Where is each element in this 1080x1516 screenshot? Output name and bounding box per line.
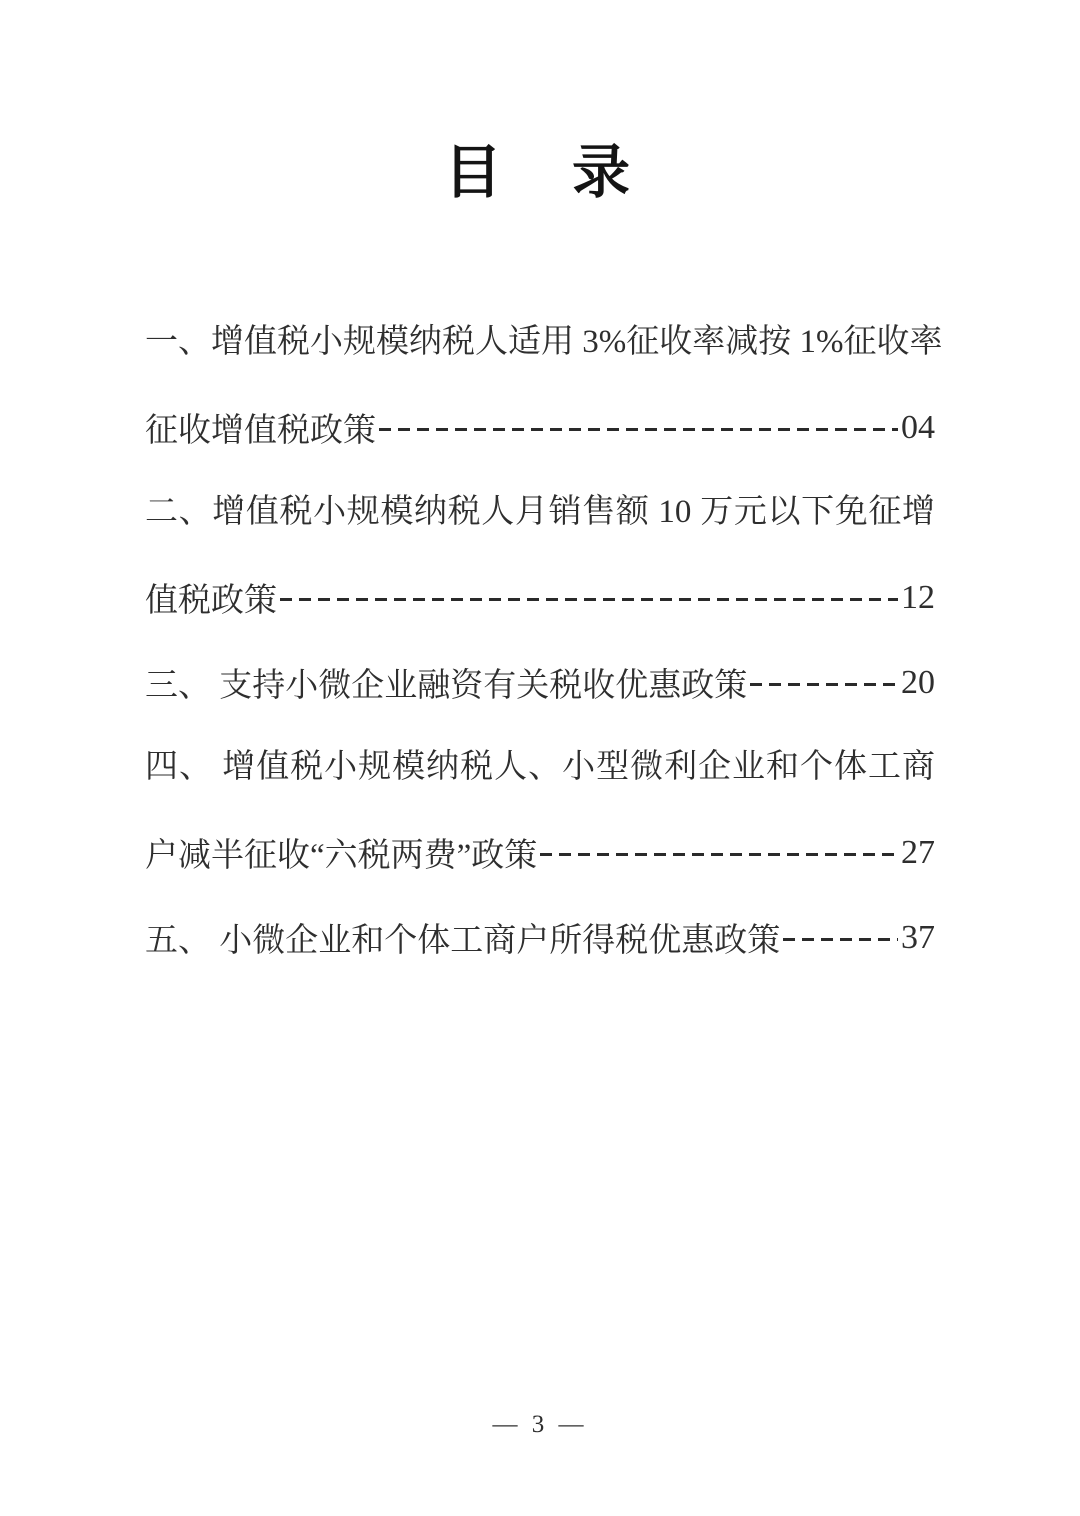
toc-entry-text: 五、 小微企业和个体工商户所得税优惠政策 — [145, 914, 780, 961]
toc-entry-2-line-2: 值税政策 12 — [145, 555, 935, 640]
toc-entry-4-line-2: 户减半征收“六税两费”政策 27 — [145, 810, 935, 895]
dotted-leader — [280, 598, 898, 601]
dotted-leader — [783, 938, 898, 941]
toc-page-number: 12 — [901, 579, 935, 617]
toc-entry-text: 值税政策 — [145, 574, 277, 621]
toc-entry-4-line-1: 四、 增值税小规模纳税人、小型微利企业和个体工商 — [145, 725, 935, 810]
page-title: 目 录 — [0, 130, 1080, 215]
dotted-leader — [540, 853, 898, 856]
dotted-leader — [750, 683, 898, 686]
toc-entry-text: 四、 增值税小规模纳税人、小型微利企业和个体工商 — [145, 749, 935, 785]
toc-entry-text: 三、 支持小微企业融资有关税收优惠政策 — [145, 659, 747, 706]
dotted-leader — [379, 428, 898, 431]
toc-entry-2-line-1: 二、增值税小规模纳税人月销售额 10 万元以下免征增 — [145, 470, 935, 555]
toc-entry-text: 征收增值税政策 — [145, 404, 376, 451]
toc-entry-text: 二、增值税小规模纳税人月销售额 10 万元以下免征增 — [145, 494, 935, 530]
document-page: 目 录 一、增值税小规模纳税人适用 3%征收率减按 1%征收率 征收增值税政策 … — [0, 0, 1080, 1516]
toc-entry-text: 一、增值税小规模纳税人适用 3%征收率减按 1%征收率 — [145, 324, 942, 360]
toc-entry-1-line-2: 征收增值税政策 04 — [145, 385, 935, 470]
toc-page-number: 27 — [901, 834, 935, 872]
table-of-contents: 一、增值税小规模纳税人适用 3%征收率减按 1%征收率 征收增值税政策 04 二… — [145, 300, 935, 980]
page-footer-number: — 3 — — [0, 1405, 1080, 1445]
toc-entry-5: 五、 小微企业和个体工商户所得税优惠政策 37 — [145, 895, 935, 980]
toc-entry-1-line-1: 一、增值税小规模纳税人适用 3%征收率减按 1%征收率 — [145, 300, 935, 385]
toc-entry-3: 三、 支持小微企业融资有关税收优惠政策 20 — [145, 640, 935, 725]
toc-page-number: 37 — [901, 919, 935, 957]
toc-entry-text: 户减半征收“六税两费”政策 — [145, 829, 537, 876]
toc-page-number: 04 — [901, 409, 935, 447]
toc-page-number: 20 — [901, 664, 935, 702]
